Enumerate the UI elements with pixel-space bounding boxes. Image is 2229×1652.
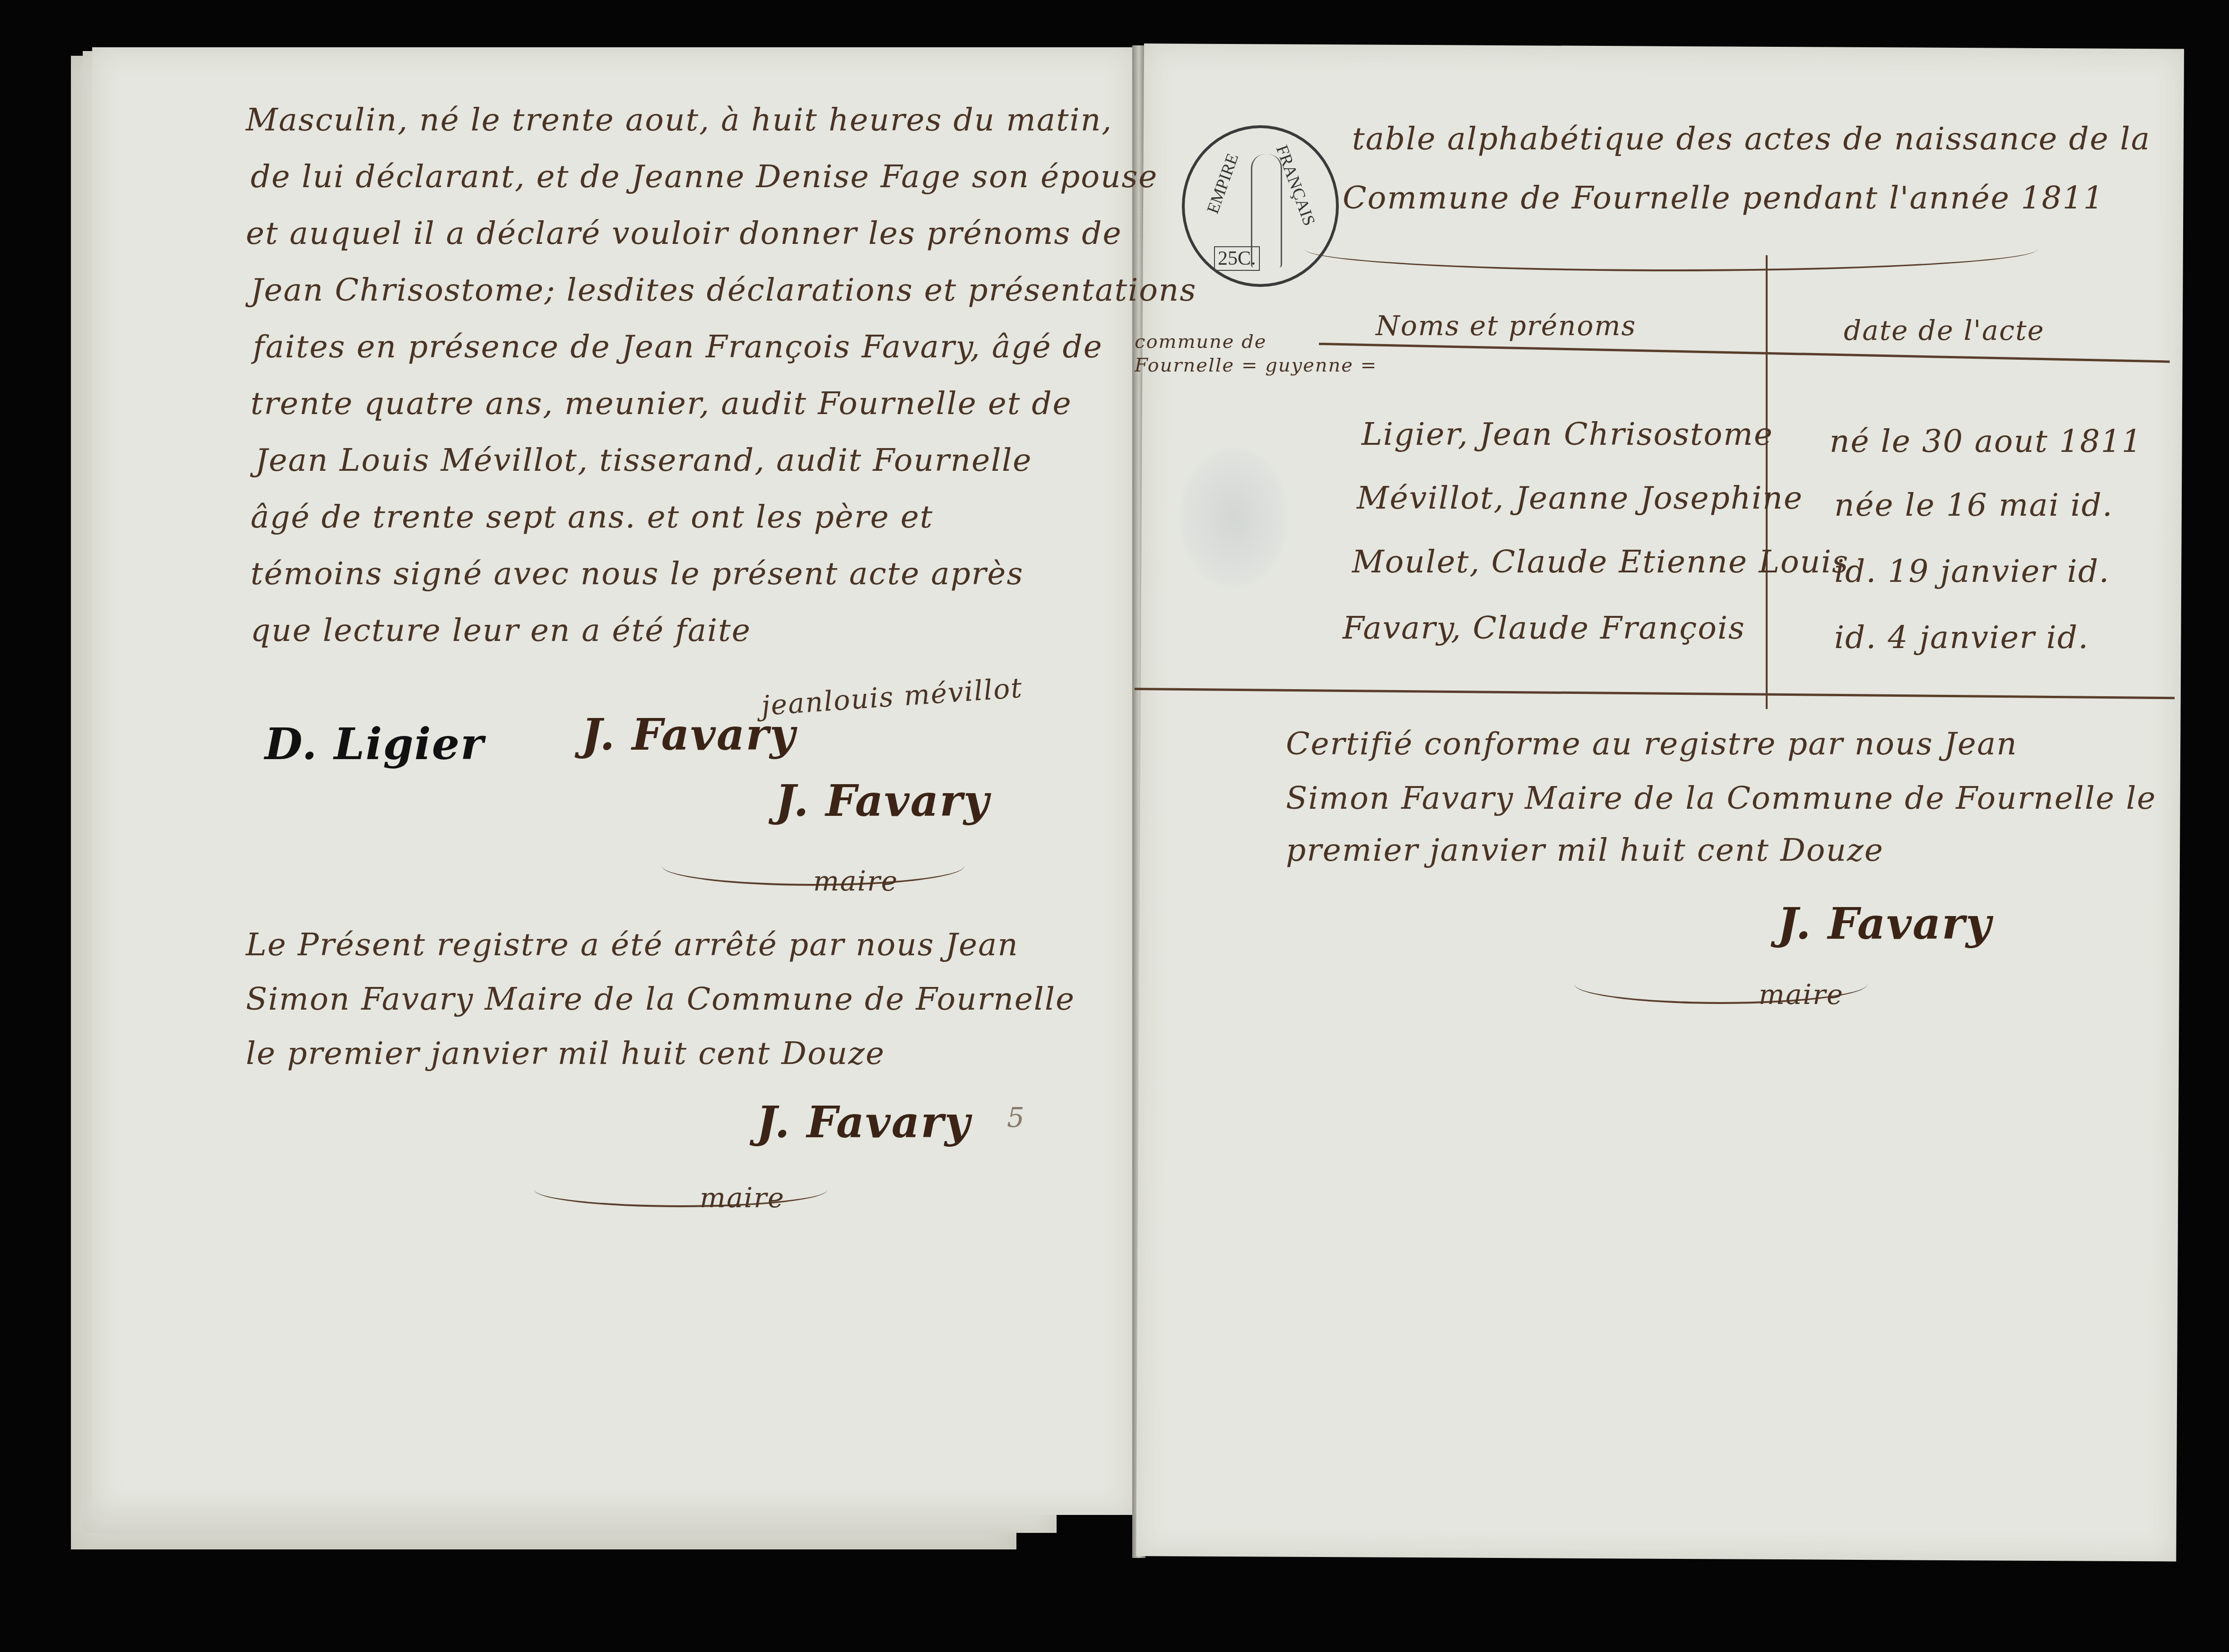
body-line: témoins signé avec nous le présent acte … (251, 555, 1023, 592)
body-line: de lui déclarant, et de Jeanne Denise Fa… (251, 158, 1158, 195)
margin-note-line: Fournelle = guyenne = (1135, 355, 1377, 376)
certification-line: Simon Favary Maire de la Commune de Four… (1286, 780, 2156, 816)
body-line: que lecture leur en a été faite (251, 612, 751, 649)
body-line: Jean Louis Mévillot, tisserand, audit Fo… (255, 442, 1032, 478)
closing-line: Le Présent registre a été arrêté par nou… (246, 926, 1019, 963)
signature-mayor: J. Favary (775, 775, 989, 826)
body-line: Masculin, né le trente aout, à huit heur… (246, 102, 1112, 138)
closing-line: le premier janvier mil huit cent Douze (246, 1035, 885, 1072)
certification-line: Certifié conforme au registre par nous J… (1286, 726, 2018, 762)
embossed-seal-icon (1177, 444, 1291, 591)
certification-title: maire (1759, 978, 1844, 1011)
margin-mark: 5 (1007, 1101, 1025, 1133)
row-name: Ligier, Jean Chrisostome (1362, 416, 1773, 452)
table-header-date: date de l'acte (1844, 314, 2045, 346)
certification-signature: J. Favary (1778, 898, 1992, 949)
stamp-text-left: EMPIRE (1203, 151, 1243, 216)
table-header-name: Noms et prénoms (1376, 310, 1636, 342)
mayor-title: maire (813, 865, 898, 897)
closing-line: Simon Favary Maire de la Commune de Four… (246, 981, 1075, 1017)
closing-signature: J. Favary (756, 1097, 971, 1148)
certification-line: premier janvier mil huit cent Douze (1286, 832, 1884, 868)
title-line: table alphabétique des actes de naissanc… (1352, 121, 2151, 157)
row-name: Favary, Claude François (1343, 610, 1745, 646)
body-line: faites en présence de Jean François Fava… (253, 329, 1103, 365)
closing-title: maire (700, 1182, 785, 1214)
margin-note-line: commune de (1135, 331, 1267, 353)
title-flourish (1305, 227, 2038, 271)
row-name: Moulet, Claude Etienne Louis (1352, 544, 1849, 580)
row-date: né le 30 aout 1811 (1830, 423, 2142, 459)
row-name: Mévillot, Jeanne Josephine (1357, 480, 1803, 516)
stamp-value: 25C. (1214, 246, 1260, 271)
body-line: âgé de trente sept ans. et ont les père … (251, 499, 933, 535)
body-line: et auquel il a déclaré vouloir donner le… (246, 215, 1122, 251)
row-date: id. 4 janvier id. (1834, 619, 2089, 656)
row-date: née le 16 mai id. (1834, 487, 2113, 523)
body-line: trente quatre ans, meunier, audit Fourne… (251, 385, 1072, 422)
tax-stamp: EMPIRE FRANÇAIS 25C. (1182, 125, 1339, 287)
body-line: Jean Chrisostome; lesdites déclarations … (251, 272, 1197, 308)
title-line: Commune de Fournelle pendant l'année 181… (1343, 180, 2104, 216)
signature-father: D. Ligier (265, 718, 484, 770)
row-date: id. 19 janvier id. (1834, 553, 2110, 589)
